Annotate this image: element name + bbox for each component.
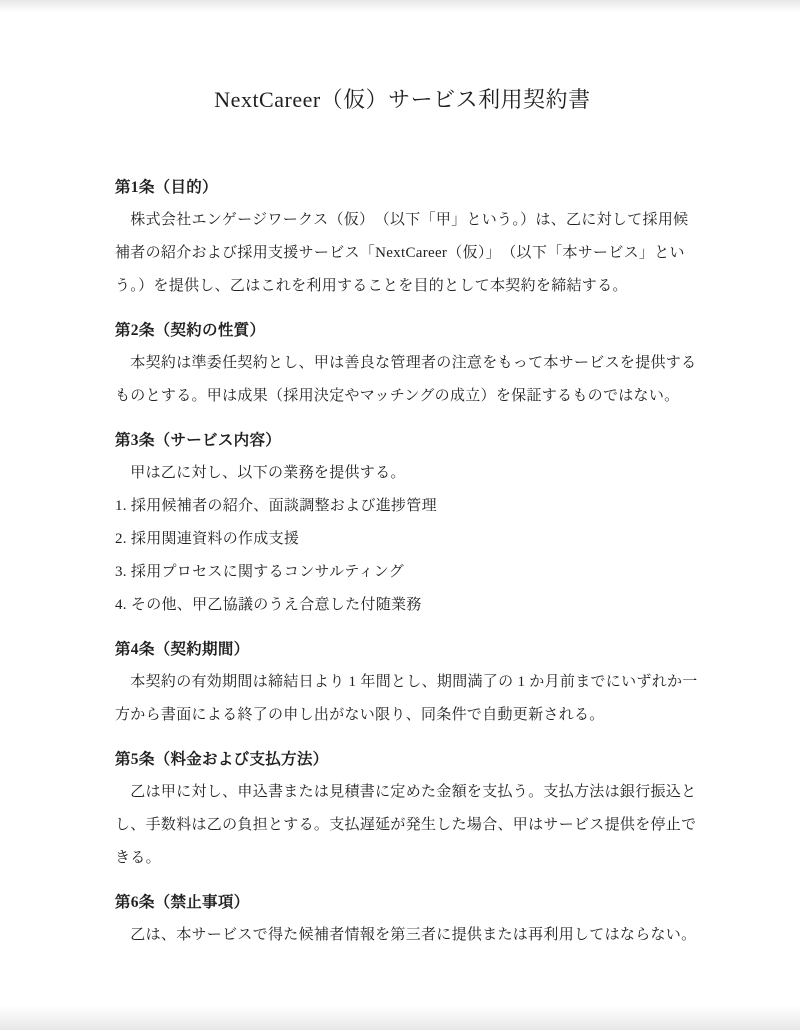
article-4-body: 本契約の有効期間は締結日より 1 年間とし、期間満了の 1 か月前までにいずれか…: [115, 666, 700, 732]
article-3-list-item-3: 3. 採用プロセスに関するコンサルティング: [115, 556, 700, 589]
article-6-paragraph: 乙は、本サービスで得た候補者情報を第三者に提供または再利用してはならない。: [115, 919, 700, 952]
article-4: 第4条（契約期間） 本契約の有効期間は締結日より 1 年間とし、期間満了の 1 …: [115, 640, 700, 732]
article-3-list-item-4: 4. その他、甲乙協議のうえ合意した付随業務: [115, 589, 700, 622]
article-5-paragraph: 乙は甲に対し、申込書または見積書に定めた金額を支払う。支払方法は銀行振込とし、手…: [115, 776, 700, 875]
article-1-paragraph: 株式会社エンゲージワークス（仮） （以下「甲」という。）は、乙に対して採用候補者…: [115, 204, 700, 303]
document-content: NextCareer（仮）サービス利用契約書 第1条（目的） 株式会社エンゲージ…: [0, 0, 800, 952]
article-3: 第3条（サービス内容） 甲は乙に対し、以下の業務を提供する。 1. 採用候補者の…: [115, 431, 700, 622]
article-3-list-item-2: 2. 採用関連資料の作成支援: [115, 523, 700, 556]
article-1: 第1条（目的） 株式会社エンゲージワークス（仮） （以下「甲」という。）は、乙に…: [115, 178, 700, 303]
article-6-heading: 第6条（禁止事項）: [115, 893, 700, 913]
article-5-heading: 第5条（料金および支払方法）: [115, 750, 700, 770]
article-3-heading: 第3条（サービス内容）: [115, 431, 700, 451]
article-4-paragraph: 本契約の有効期間は締結日より 1 年間とし、期間満了の 1 か月前までにいずれか…: [115, 666, 700, 732]
article-6-body: 乙は、本サービスで得た候補者情報を第三者に提供または再利用してはならない。: [115, 919, 700, 952]
article-5: 第5条（料金および支払方法） 乙は甲に対し、申込書または見積書に定めた金額を支払…: [115, 750, 700, 875]
article-1-heading: 第1条（目的）: [115, 178, 700, 198]
article-2-heading: 第2条（契約の性質）: [115, 321, 700, 341]
page-bottom-edge-shadow: [0, 1000, 800, 1030]
article-1-body: 株式会社エンゲージワークス（仮） （以下「甲」という。）は、乙に対して採用候補者…: [115, 204, 700, 303]
article-3-intro: 甲は乙に対し、以下の業務を提供する。: [115, 457, 700, 490]
article-5-body: 乙は甲に対し、申込書または見積書に定めた金額を支払う。支払方法は銀行振込とし、手…: [115, 776, 700, 875]
article-2-paragraph: 本契約は準委任契約とし、甲は善良な管理者の注意をもって本サービスを提供するものと…: [115, 347, 700, 413]
contract-document-page: NextCareer（仮）サービス利用契約書 第1条（目的） 株式会社エンゲージ…: [0, 0, 800, 1030]
article-3-body: 甲は乙に対し、以下の業務を提供する。 1. 採用候補者の紹介、面談調整および進捗…: [115, 457, 700, 622]
article-6: 第6条（禁止事項） 乙は、本サービスで得た候補者情報を第三者に提供または再利用し…: [115, 893, 700, 952]
article-3-list-item-1: 1. 採用候補者の紹介、面談調整および進捗管理: [115, 490, 700, 523]
article-4-heading: 第4条（契約期間）: [115, 640, 700, 660]
article-2: 第2条（契約の性質） 本契約は準委任契約とし、甲は善良な管理者の注意をもって本サ…: [115, 321, 700, 413]
document-title: NextCareer（仮）サービス利用契約書: [105, 85, 700, 115]
article-2-body: 本契約は準委任契約とし、甲は善良な管理者の注意をもって本サービスを提供するものと…: [115, 347, 700, 413]
